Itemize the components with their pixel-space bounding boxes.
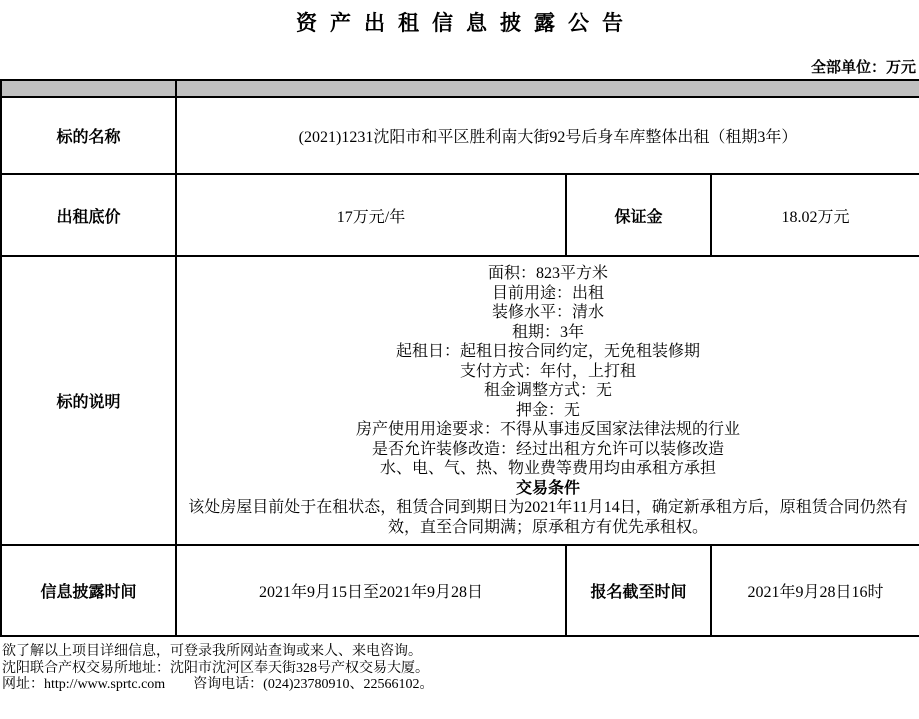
trade-conditions-heading: 交易条件 [179,479,917,499]
description-line-pledge: 押金：无 [179,401,917,421]
registration-deadline-value: 2021年9月28日16时 [711,545,919,636]
description-content: 面积：823平方米 目前用途：出租 装修水平：清水 租期：3年 起租日：起租日按… [176,256,919,545]
disclosure-time-label: 信息披露时间 [1,545,176,636]
description-line-use-requirement: 房产使用用途要求：不得从事违反国家法律法规的行业 [179,420,917,440]
footer-line-website-phone: 网址：http://www.sprtc.com 咨询电话：(024)237809… [2,677,919,694]
description-line-usage: 目前用途：出租 [179,284,917,304]
page-title: 资产出租信息披露公告 [0,9,919,37]
deposit-label: 保证金 [566,174,711,256]
footer-line-address: 沈阳联合产权交易所地址：沈阳市沈河区奉天街328号产权交易大厦。 [2,661,919,678]
subject-name-value: (2021)1231沈阳市和平区胜利南大街92号后身车库整体出租（租期3年） [176,97,919,174]
table-header-cell-left [1,80,176,97]
description-line-adjustment: 租金调整方式：无 [179,381,917,401]
disclosure-time-value: 2021年9月15日至2021年9月28日 [176,545,566,636]
disclosure-table: 标的名称 (2021)1231沈阳市和平区胜利南大街92号后身车库整体出租（租期… [0,79,919,637]
table-header-row [1,80,919,97]
footer-note: 欲了解以上项目详细信息，可登录我所网站查询或来人、来电咨询。 沈阳联合产权交易所… [0,644,919,694]
description-line-term: 租期：3年 [179,323,917,343]
description-line-payment: 支付方式：年付，上打租 [179,362,917,382]
description-line-renovation: 是否允许装修改造：经过出租方允许可以装修改造 [179,440,917,460]
registration-deadline-label: 报名截至时间 [566,545,711,636]
description-line-start-date: 起租日：起租日按合同约定，无免租装修期 [179,342,917,362]
description-line-decoration: 装修水平：清水 [179,303,917,323]
rent-price-value: 17万元/年 [176,174,566,256]
table-header-cell-right [176,80,919,97]
time-row: 信息披露时间 2021年9月15日至2021年9月28日 报名截至时间 2021… [1,545,919,636]
deposit-value: 18.02万元 [711,174,919,256]
description-label: 标的说明 [1,256,176,545]
trade-conditions-text: 该处房屋目前处于在租状态，租赁合同到期日为2021年11月14日，确定新承租方后… [179,498,917,537]
footer-line-contact-hint: 欲了解以上项目详细信息，可登录我所网站查询或来人、来电咨询。 [2,644,919,661]
description-row: 标的说明 面积：823平方米 目前用途：出租 装修水平：清水 租期：3年 起租日… [1,256,919,545]
subject-name-row: 标的名称 (2021)1231沈阳市和平区胜利南大街92号后身车库整体出租（租期… [1,97,919,174]
unit-note: 全部单位：万元 [0,59,916,77]
subject-name-label: 标的名称 [1,97,176,174]
price-row: 出租底价 17万元/年 保证金 18.02万元 [1,174,919,256]
description-line-fees: 水、电、气、热、物业费等费用均由承租方承担 [179,459,917,479]
announcement-page: 资产出租信息披露公告 全部单位：万元 标的名称 (2021)1231沈阳市和平区… [0,0,919,719]
rent-price-label: 出租底价 [1,174,176,256]
description-line-area: 面积：823平方米 [179,264,917,284]
